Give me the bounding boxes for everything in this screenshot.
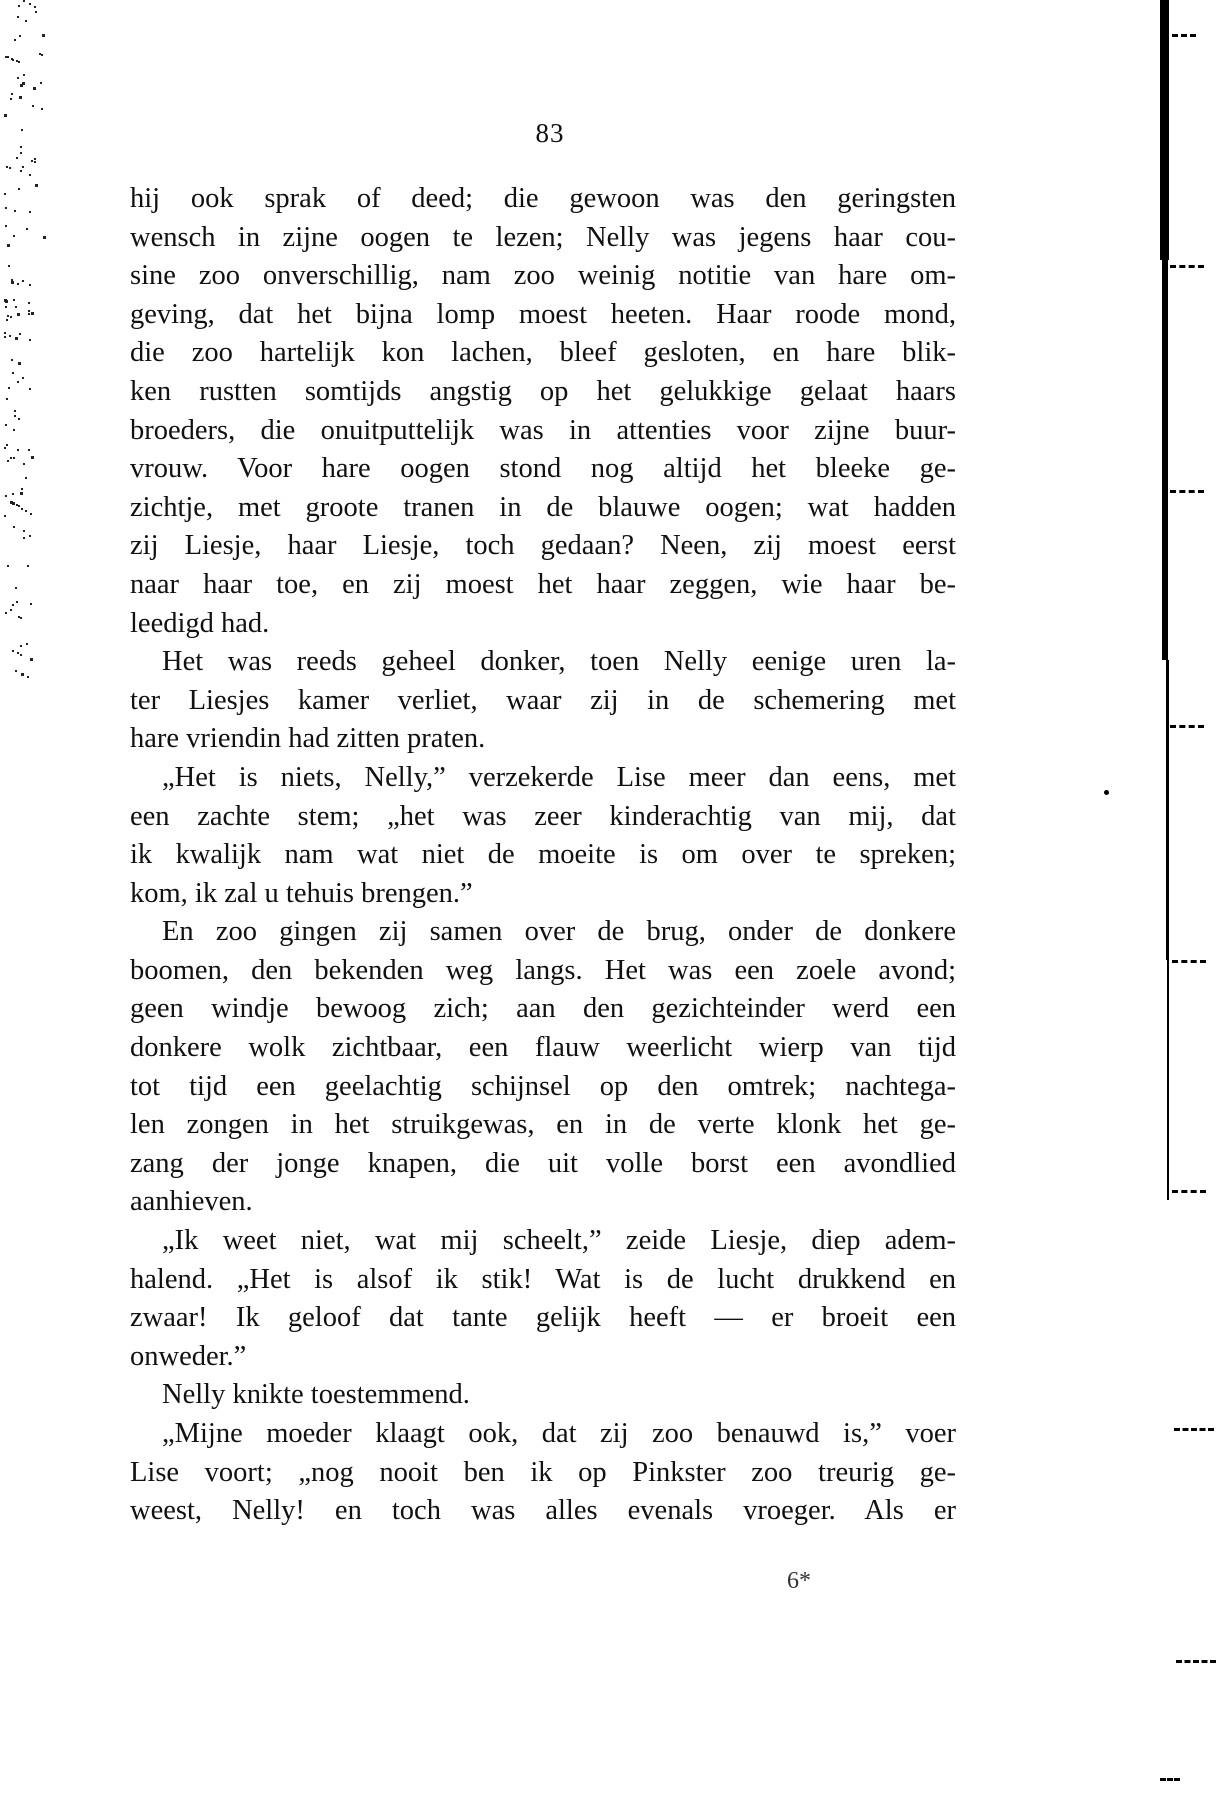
- scan-speck: [4, 114, 7, 117]
- scan-speck: [20, 654, 22, 656]
- stray-dot: [1104, 790, 1109, 795]
- scan-speck: [4, 447, 6, 449]
- scan-speck: [6, 319, 8, 321]
- scan-speck: [13, 429, 15, 431]
- scan-speck: [12, 372, 14, 374]
- scan-speck: [32, 105, 34, 107]
- scan-speck: [41, 108, 43, 110]
- text-line: ter Liesjes kamer verliet, waar zij in d…: [130, 682, 956, 721]
- scan-speck: [13, 457, 15, 459]
- scan-speck: [20, 152, 22, 154]
- scan-speck: [7, 244, 10, 247]
- scan-speck: [4, 332, 6, 334]
- scan-speck: [17, 652, 19, 654]
- scan-speck: [31, 456, 34, 459]
- text-line: „Het is niets, Nelly,” verzekerde Lise m…: [130, 759, 956, 798]
- scan-speck: [14, 210, 16, 212]
- text-line: donkere wolk zichtbaar, een flauw weerli…: [130, 1029, 956, 1068]
- text-line: len zongen in het struikgewas, en in de …: [130, 1106, 956, 1145]
- text-line: boomen, den bekenden weg langs. Het was …: [130, 952, 956, 991]
- scan-speck: [21, 488, 23, 490]
- scan-speck: [31, 312, 34, 315]
- scan-speck: [15, 670, 17, 672]
- scan-speck: [15, 587, 17, 589]
- scan-speck: [4, 336, 6, 338]
- scan-speck: [28, 310, 30, 312]
- edge-tick: [1172, 1190, 1206, 1196]
- scan-speck: [18, 418, 20, 420]
- scan-speck: [29, 284, 31, 286]
- scan-speck: [28, 449, 30, 451]
- scan-speck: [25, 510, 27, 512]
- scan-speck: [18, 362, 21, 365]
- text-line: zichtje, met groote tranen in de blauwe …: [130, 489, 956, 528]
- scan-speck: [5, 207, 7, 209]
- scan-speck: [6, 166, 8, 168]
- scan-speck: [13, 526, 15, 528]
- scan-speck: [29, 174, 31, 176]
- scan-speck: [20, 617, 22, 619]
- scan-speck: [17, 313, 20, 316]
- scan-speck: [12, 59, 14, 61]
- page-number: 83: [0, 118, 1100, 149]
- scan-speck: [20, 492, 23, 495]
- text-line: die zoo hartelijk kon lachen, bleef gesl…: [130, 334, 956, 373]
- scan-speck: [7, 56, 9, 58]
- edge-tick: [1170, 725, 1204, 731]
- text-line: Lise voort; „nog nooit ben ik op Pinkste…: [130, 1454, 956, 1493]
- scan-speck: [5, 306, 7, 308]
- scan-speck: [21, 508, 23, 510]
- edge-tick: [1170, 265, 1204, 271]
- scan-speck: [26, 228, 28, 230]
- scan-speck: [19, 333, 21, 335]
- binding-edge-bar: [1167, 960, 1169, 1200]
- text-line: weest, Nelly! en toch was alles evenals …: [130, 1492, 956, 1531]
- scan-speck: [5, 495, 7, 497]
- text-line: ken rustten somtijds angstig op het gelu…: [130, 373, 956, 412]
- text-line: broeders, die onuitputtelijk was in atte…: [130, 412, 956, 451]
- scan-speck: [29, 211, 31, 213]
- text-line: „Mijne moeder klaagt ook, dat zij zoo be…: [130, 1415, 956, 1454]
- text-line: een zachte stem; „het was zeer kinderach…: [130, 798, 956, 837]
- scan-speck: [8, 387, 10, 389]
- scan-speck: [12, 604, 14, 606]
- scan-speck: [8, 265, 10, 267]
- text-line: vrouw. Voor hare oogen stond nog altijd …: [130, 450, 956, 489]
- text-line: sine zoo onverschillig, nam zoo weinig n…: [130, 257, 956, 296]
- scan-speck: [10, 98, 12, 100]
- scan-speck: [9, 167, 11, 169]
- scan-speck: [13, 235, 15, 237]
- scan-speck: [23, 537, 25, 539]
- scan-speck: [29, 535, 31, 537]
- scan-speck: [17, 77, 19, 79]
- signature-mark: 6*: [787, 1568, 811, 1595]
- scan-speck: [22, 377, 24, 379]
- text-line: naar haar toe, en zij moest het haar zeg…: [130, 566, 956, 605]
- scan-speck: [16, 157, 18, 159]
- scan-speck: [12, 493, 14, 495]
- edge-tick: [1172, 34, 1196, 40]
- scan-speck: [14, 415, 16, 417]
- scan-speck: [18, 505, 20, 507]
- scan-speck: [4, 193, 6, 195]
- scan-speck: [12, 502, 15, 505]
- scan-speck: [15, 306, 17, 308]
- scan-speck: [4, 515, 6, 517]
- scan-speck: [11, 359, 13, 361]
- binding-edge-bar: [1166, 660, 1169, 960]
- text-line: tot tijd een geelachtig schijnsel op den…: [130, 1068, 956, 1107]
- scan-speck: [22, 674, 24, 676]
- body-text: hij ook sprak of deed; die gewoon was de…: [130, 180, 956, 1531]
- scan-speck: [23, 0, 25, 2]
- scan-speck: [29, 339, 31, 341]
- scan-speck: [7, 315, 9, 317]
- scan-speck: [26, 643, 28, 645]
- scan-speck: [30, 513, 32, 515]
- binding-edge-bar: [1162, 260, 1168, 660]
- text-line: wensch in zijne oogen te lezen; Nelly wa…: [130, 219, 956, 258]
- scan-speck: [20, 84, 23, 87]
- scan-speck: [35, 11, 37, 13]
- scan-speck: [40, 82, 42, 84]
- scan-speck: [6, 398, 8, 400]
- scan-speck: [20, 645, 22, 647]
- scan-speck: [7, 565, 9, 567]
- text-line: zwaar! Ik geloof dat tante gelijk heeft …: [130, 1299, 956, 1338]
- scan-speck: [17, 449, 19, 451]
- scan-speck: [29, 3, 31, 5]
- text-line: zang der jonge knapen, die uit volle bor…: [130, 1145, 956, 1184]
- scan-speck: [30, 658, 33, 661]
- scan-speck: [42, 34, 45, 37]
- scan-speck: [20, 170, 22, 172]
- scan-speck: [28, 302, 30, 304]
- text-line: aanhieven.: [130, 1183, 956, 1222]
- edge-tick: [1176, 1660, 1216, 1666]
- scan-speck: [23, 463, 25, 465]
- scan-speck: [16, 601, 18, 603]
- scan-speck: [17, 283, 19, 285]
- text-line: halend. „Het is alsof ik stik! Wat is de…: [130, 1261, 956, 1300]
- text-line: leedigd had.: [130, 605, 956, 644]
- scan-speck: [5, 612, 7, 614]
- edge-tick: [1174, 1428, 1214, 1434]
- scan-speck: [18, 61, 20, 63]
- text-line: onweder.”: [130, 1338, 956, 1377]
- scan-speck: [19, 35, 21, 37]
- scan-speck: [5, 424, 7, 426]
- text-line: hare vriendin had zitten praten.: [130, 720, 956, 759]
- scan-speck: [27, 676, 29, 678]
- edge-tick: [1160, 1778, 1180, 1784]
- text-line: zij Liesje, haar Liesje, toch gedaan? Ne…: [130, 527, 956, 566]
- scan-speck: [6, 444, 8, 446]
- scan-speck: [33, 87, 36, 90]
- scan-speck: [34, 6, 36, 8]
- scan-speck: [14, 39, 16, 41]
- scan-speck: [43, 236, 46, 239]
- text-line: hij ook sprak of deed; die gewoon was de…: [130, 180, 956, 219]
- scan-speck: [41, 54, 43, 56]
- scan-speck: [25, 20, 27, 22]
- text-line: geen windje bewoog zich; aan den gezicht…: [130, 990, 956, 1029]
- text-line: kom, ik zal u tehuis brengen.”: [130, 875, 956, 914]
- scan-speck: [14, 410, 16, 412]
- edge-tick: [1170, 490, 1204, 496]
- edge-tick: [1172, 960, 1206, 966]
- scan-speck: [22, 280, 24, 282]
- scan-speckle-left-margin: [0, 0, 80, 700]
- binding-edge-bar: [1160, 0, 1169, 260]
- scan-speck: [15, 338, 17, 340]
- scan-speck: [27, 565, 29, 567]
- scan-speck: [7, 460, 9, 462]
- scan-speck: [34, 158, 36, 160]
- scan-speck: [13, 299, 15, 301]
- scan-speck: [34, 161, 36, 163]
- scan-speck: [30, 603, 32, 605]
- scan-speck: [18, 188, 20, 190]
- scan-speck: [10, 609, 12, 611]
- scan-speck: [12, 650, 14, 652]
- scan-speck: [25, 477, 27, 479]
- scan-speck: [19, 96, 22, 99]
- scan-speck: [28, 313, 30, 315]
- text-line: geving, dat het bijna lomp moest heeten.…: [130, 296, 956, 335]
- text-line: En zoo gingen zij samen over de brug, on…: [130, 913, 956, 952]
- scan-speck: [22, 166, 24, 168]
- scan-speck: [9, 335, 11, 337]
- scan-speck: [35, 184, 38, 187]
- scan-speck: [17, 16, 19, 18]
- scan-speck: [11, 93, 13, 95]
- scan-speck: [31, 160, 33, 162]
- scan-speck: [5, 225, 7, 227]
- scan-speck: [10, 316, 12, 318]
- scan-speck: [23, 530, 25, 532]
- scan-speck: [11, 281, 14, 284]
- scan-speck: [4, 299, 7, 302]
- text-line: Het was reeds geheel donker, toen Nelly …: [130, 643, 956, 682]
- scan-speck: [17, 381, 19, 383]
- text-line: „Ik weet niet, wat mij scheelt,” zeide L…: [130, 1222, 956, 1261]
- scan-speck: [29, 388, 31, 390]
- text-line: Nelly knikte toestemmend.: [130, 1376, 956, 1415]
- text-line: ik kwalijk nam wat niet de moeite is om …: [130, 836, 956, 875]
- scan-speck: [18, 5, 20, 7]
- scan-speck: [23, 74, 25, 76]
